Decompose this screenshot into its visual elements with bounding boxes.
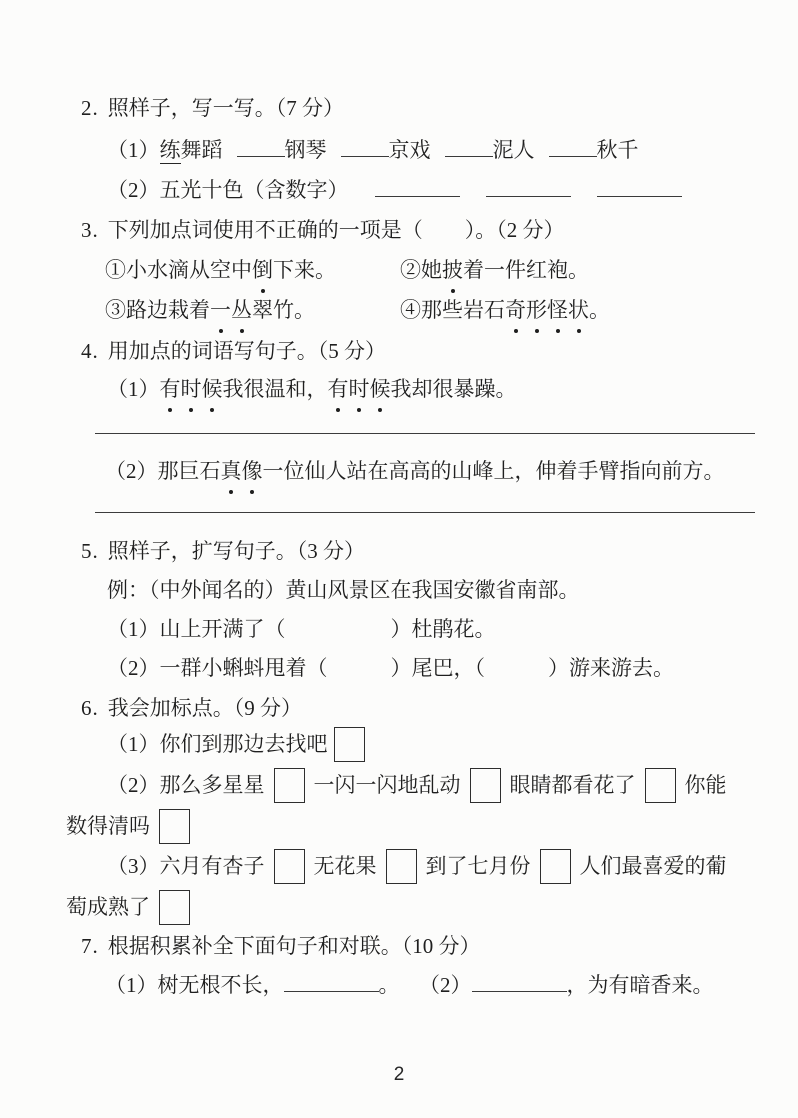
punctuation-box	[274, 849, 305, 884]
answer-blank	[237, 133, 285, 157]
page-number: 2	[0, 1064, 798, 1086]
question-7-subs: （1）树无根不长，。（2），为有暗香来。	[66, 968, 714, 1001]
q6-sub2-text-2: 一闪一闪地乱动	[314, 773, 461, 797]
question-4-sub-1: （1）有时候我很温和，有时候我却很暴躁。	[66, 373, 517, 405]
question-7-heading: 7.根据积累补全下面句子和对联。（10 分）	[66, 930, 481, 962]
q4-sub1-emphasized-1: 有时候	[160, 377, 223, 401]
question-2-heading: 2.照样子，写一写。（7 分）	[66, 92, 344, 124]
q2-sub1-underlined-char: 练	[160, 138, 181, 164]
q4-sub1-text-2: 我却很暴躁。	[391, 377, 517, 401]
q6-sub1-label: （1）	[107, 732, 160, 756]
answer-blank	[486, 173, 571, 197]
q2-sub1-word-1: 钢琴	[285, 138, 327, 162]
answer-blank	[341, 133, 389, 157]
question-6-sub-3-line-1: （3）六月有杏子无花果到了七月份人们最喜爱的葡	[66, 850, 727, 886]
q5-example-text: 例：（中外闻名的）黄山风景区在我国安徽省南部。	[107, 578, 580, 602]
q6-sub3-text-1: （3）六月有杏子	[107, 854, 265, 878]
punctuation-box	[470, 768, 501, 803]
q5-sub1-label: （1）	[107, 617, 160, 641]
question-6-sub-2-line-1: （2）那么多星星一闪一闪地乱动眼睛都看花了你能	[66, 769, 727, 805]
q7-sub1: （1）树无根不长，。	[105, 973, 400, 997]
question-5-number: 5.	[81, 539, 99, 563]
answer-blank	[597, 173, 682, 197]
question-5-sub-1: （1）山上开满了（ ）杜鹃花。	[66, 613, 496, 645]
q3-option-2-text: ②她	[400, 258, 442, 282]
punctuation-box	[159, 809, 190, 844]
question-3-options-row-2: ③路边栽着一丛翠竹。④那些岩石奇形怪状。	[66, 294, 610, 326]
q6-sub3-text-3: 到了七月份	[426, 854, 531, 878]
q2-sub2-label: （2）	[107, 178, 160, 202]
question-4-title: 用加点的词语写句子。（5 分）	[108, 339, 386, 363]
q2-sub1-example-word: 舞蹈	[181, 138, 223, 162]
q3-option-2-tail: 着一件红袍。	[463, 258, 589, 282]
question-7-number: 7.	[81, 934, 99, 958]
q4-sub2-text-1: 那巨石	[158, 459, 221, 483]
q6-sub3-text-2: 无花果	[314, 854, 377, 878]
question-6-title: 我会加标点。（9 分）	[108, 696, 302, 720]
question-2-sub-1: （1）练舞蹈钢琴京戏泥人秋千	[66, 133, 639, 166]
q7-sub2-label: （2）	[430, 973, 472, 997]
q7-sub2: （2），为有暗香来。	[430, 973, 714, 997]
question-2-number: 2.	[81, 96, 99, 120]
q3-option-3-emphasized: 一丛	[210, 298, 252, 322]
q7-sub1-text: 树无根不长，	[158, 973, 284, 997]
q6-sub3-text-4: 人们最喜爱的葡	[580, 854, 727, 878]
q3-option-4-tail: 。	[589, 298, 610, 322]
punctuation-box	[334, 727, 365, 762]
punctuation-box	[274, 768, 305, 803]
q2-sub1-word-2: 京戏	[389, 138, 431, 162]
punctuation-box	[540, 849, 571, 884]
q7-sub1-label: （1）	[105, 973, 158, 997]
question-6-sub-3-line-2: 萄成熟了	[66, 891, 199, 927]
question-3-heading: 3.下列加点词使用不正确的一项是（ ）。（2 分）	[66, 214, 565, 246]
question-3-options-row-1: ①小水滴从空中倒下来。②她披着一件红袍。	[66, 254, 589, 286]
question-6-sub-1: （1）你们到那边去找吧	[66, 728, 371, 764]
answer-blank	[472, 968, 567, 992]
q3-option-4: ④那些岩石奇形怪状。	[400, 298, 610, 322]
question-7-title: 根据积累补全下面句子和对联。（10 分）	[108, 934, 481, 958]
q3-option-1-text: ①小水滴从空中	[105, 258, 252, 282]
q4-sub2-emphasized: 真像	[221, 459, 263, 483]
q3-option-3: ③路边栽着一丛翠竹。	[105, 294, 400, 326]
question-3-number: 3.	[81, 218, 99, 242]
q2-sub1-label: （1）	[107, 138, 160, 162]
question-5-example: 例：（中外闻名的）黄山风景区在我国安徽省南部。	[66, 574, 580, 606]
q4-sub1-label: （1）	[107, 377, 160, 401]
q3-option-2: ②她披着一件红袍。	[400, 258, 589, 282]
question-3-title: 下列加点词使用不正确的一项是（ ）。（2 分）	[108, 218, 565, 242]
answer-blank	[284, 968, 379, 992]
question-6-number: 6.	[81, 696, 99, 720]
q7-sub1-tail: 。	[379, 973, 400, 997]
q6-sub2-text-1: （2）那么多星星	[107, 773, 265, 797]
q4-sub1-emphasized-2: 有时候	[328, 377, 391, 401]
punctuation-box	[386, 849, 417, 884]
q6-sub3-text-5: 萄成熟了	[66, 895, 150, 919]
q2-sub1-word-3: 泥人	[493, 138, 535, 162]
question-6-sub-2-line-2: 数得清吗	[66, 810, 199, 846]
q3-option-4-emphasized: 奇形怪状	[505, 298, 589, 322]
q3-option-1-tail: 下来。	[273, 258, 336, 282]
q3-option-1: ①小水滴从空中倒下来。	[105, 254, 400, 286]
q3-option-3-text: ③路边栽着	[105, 298, 210, 322]
punctuation-box	[159, 890, 190, 925]
q5-sub2-label: （2）	[107, 656, 160, 680]
q6-sub2-text-4: 你能	[685, 773, 727, 797]
q6-sub2-text-3: 眼睛都看花了	[510, 773, 636, 797]
answer-blank	[445, 133, 493, 157]
q3-option-3-tail: 翠竹。	[252, 298, 315, 322]
punctuation-box	[645, 768, 676, 803]
q6-sub2-text-5: 数得清吗	[66, 814, 150, 838]
q6-sub1-text: 你们到那边去找吧	[160, 732, 328, 756]
q5-sub1-text: 山上开满了（ ）杜鹃花。	[160, 617, 496, 641]
answer-line	[95, 512, 755, 513]
q4-sub2-label: （2）	[105, 459, 158, 483]
question-4-number: 4.	[81, 339, 99, 363]
exam-worksheet-page: 2.照样子，写一写。（7 分） （1）练舞蹈钢琴京戏泥人秋千 （2）五光十色（含…	[0, 0, 798, 1118]
q7-sub2-tail: ，为有暗香来。	[567, 973, 714, 997]
q4-sub1-text-1: 我很温和，	[223, 377, 328, 401]
answer-blank	[549, 133, 597, 157]
q3-option-1-emphasized: 倒	[252, 258, 273, 282]
q5-sub2-text: 一群小蝌蚪甩着（ ）尾巴，（ ）游来游去。	[160, 656, 675, 680]
question-5-heading: 5.照样子，扩写句子。（3 分）	[66, 535, 365, 567]
question-2-title: 照样子，写一写。（7 分）	[108, 96, 344, 120]
question-6-heading: 6.我会加标点。（9 分）	[66, 692, 302, 724]
answer-line	[95, 433, 755, 434]
question-4-sub-2: （2）那巨石真像一位仙人站在高高的山峰上，伸着手臂指向前方。	[66, 455, 725, 487]
question-4-heading: 4.用加点的词语写句子。（5 分）	[66, 335, 386, 367]
q3-option-2-emphasized: 披	[442, 258, 463, 282]
question-5-title: 照样子，扩写句子。（3 分）	[108, 539, 365, 563]
q2-sub2-prompt: 五光十色（含数字）	[160, 178, 349, 202]
q4-sub2-text-2: 一位仙人站在高高的山峰上，伸着手臂指向前方。	[263, 459, 725, 483]
question-2-sub-2: （2）五光十色（含数字）	[66, 173, 682, 206]
answer-blank	[375, 173, 460, 197]
q2-sub1-word-4: 秋千	[597, 138, 639, 162]
question-5-sub-2: （2）一群小蝌蚪甩着（ ）尾巴，（ ）游来游去。	[66, 652, 674, 684]
q3-option-4-text: ④那些岩石	[400, 298, 505, 322]
